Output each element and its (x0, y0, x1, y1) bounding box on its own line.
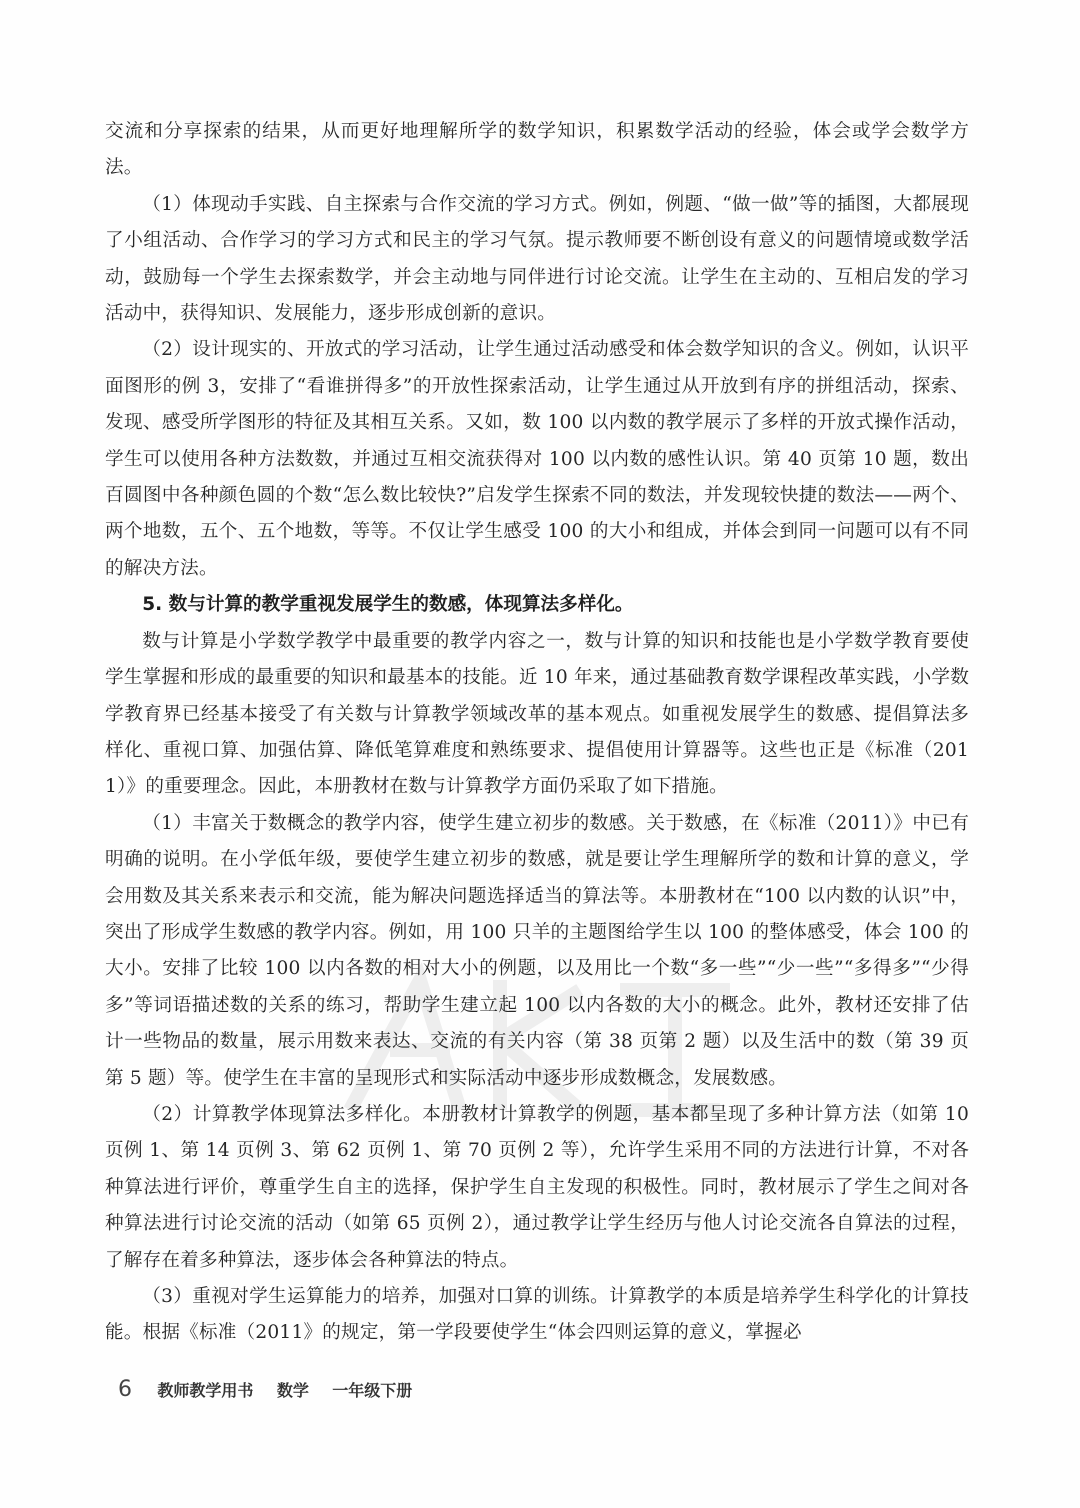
paragraph-intro-continuation: 交流和分享探索的结果，从而更好地理解所学的数学知识，积累数学活动的经验，体会或学… (105, 114, 969, 187)
footer-grade: 一年级下册 (332, 1381, 412, 1400)
paragraph-number-computation-intro: 数与计算是小学数学教学中最重要的教学内容之一，数与计算的知识和技能也是小学数学教… (105, 624, 969, 806)
paragraph-measure-1-number-sense: （1）丰富关于数概念的教学内容，使学生建立初步的数感。关于数感，在《标准（201… (105, 806, 969, 1097)
footer-book-title: 教师教学用书 (157, 1381, 253, 1400)
body-text: 交流和分享探索的结果，从而更好地理解所学的数学知识，积累数学活动的经验，体会或学… (105, 114, 969, 1352)
document-page: 交流和分享探索的结果，从而更好地理解所学的数学知识，积累数学活动的经验，体会或学… (0, 0, 1080, 1508)
paragraph-measure-3-computation-skill: （3）重视对学生运算能力的培养，加强对口算的训练。计算教学的本质是培养学生科学化… (105, 1279, 969, 1352)
page-number: 6 (118, 1377, 132, 1402)
page-footer: 6 教师教学用书 数学 一年级下册 (118, 1378, 430, 1403)
paragraph-measure-2-algorithm-diversity: （2）计算教学体现算法多样化。本册教材计算教学的例题，基本都呈现了多种计算方法（… (105, 1097, 969, 1279)
paragraph-point-2-open-activities: （2）设计现实的、开放式的学习活动，让学生通过活动感受和体会数学知识的含义。例如… (105, 332, 969, 587)
footer-subject: 数学 (277, 1381, 309, 1400)
section-heading-5: 5. 数与计算的教学重视发展学生的数感，体现算法多样化。 (105, 587, 969, 623)
paragraph-point-1-hands-on: （1）体现动手实践、自主探索与合作交流的学习方式。例如，例题、“做一做”等的插图… (105, 187, 969, 333)
